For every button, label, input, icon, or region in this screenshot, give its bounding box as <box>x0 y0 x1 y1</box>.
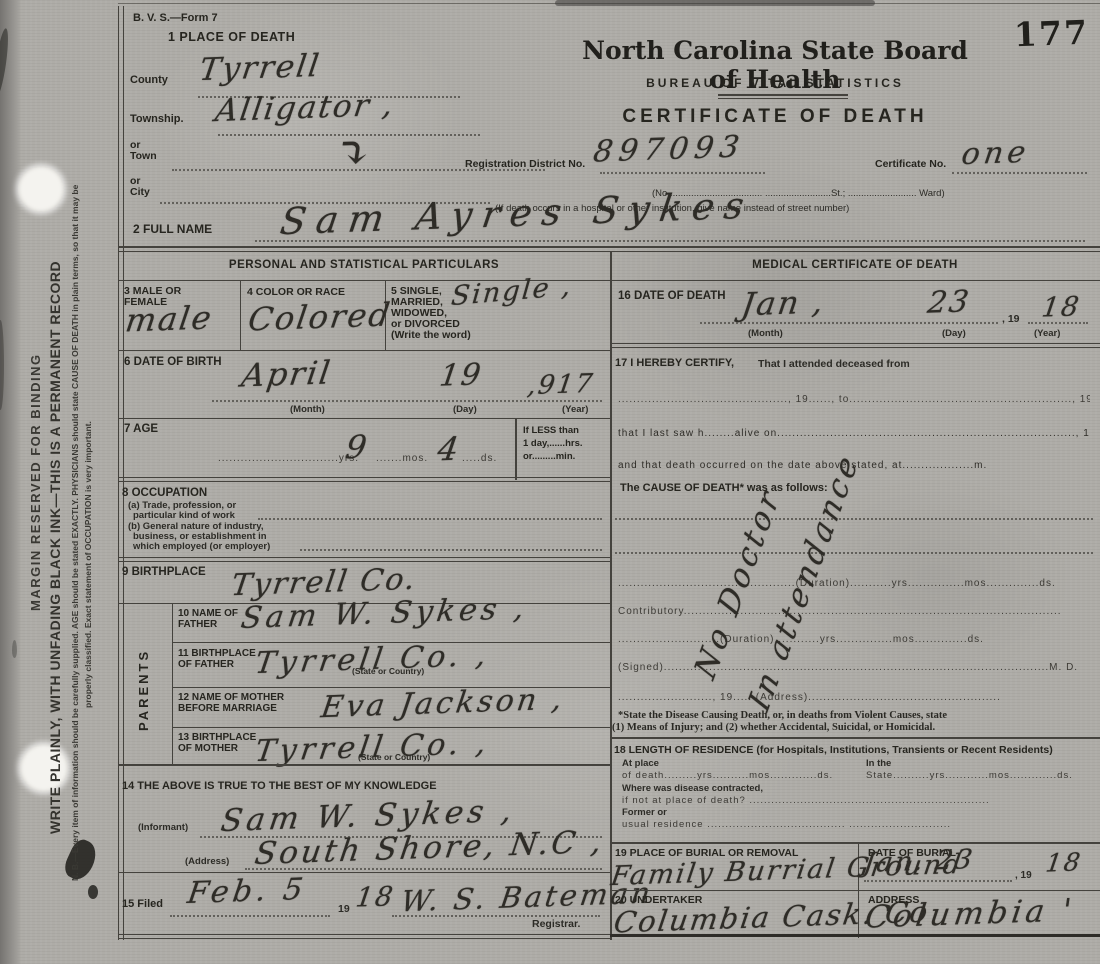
death-date-line <box>700 322 998 324</box>
informant-section-label: 14 THE ABOVE IS TRUE TO THE BEST OF MY K… <box>122 780 437 792</box>
informant-address-line <box>245 868 602 870</box>
filed-line2 <box>392 915 600 917</box>
at-place-label: At place <box>622 758 659 769</box>
death-year-caption: (Year) <box>1034 328 1060 339</box>
rule-row6 <box>118 418 610 419</box>
rule-row18 <box>610 842 1100 844</box>
age-months-value: 9 <box>343 428 371 467</box>
rule-row7a <box>118 477 610 478</box>
medical-section-header: MEDICAL CERTIFICATE OF DEATH <box>610 259 1100 271</box>
father-name-label: 10 NAME OF FATHER <box>178 608 238 630</box>
page-number: 177 <box>1013 13 1089 55</box>
rule-row15b <box>118 938 610 939</box>
certificate-no-value: one <box>959 135 1031 172</box>
dob-line <box>212 400 602 402</box>
race-label: 4 COLOR OR RACE <box>247 286 345 298</box>
personal-section-header: PERSONAL AND STATISTICAL PARTICULARS <box>118 259 610 271</box>
top-edge-smudge <box>555 0 875 6</box>
rule-row14 <box>118 872 610 873</box>
registration-district-label: Registration District No. <box>465 158 585 170</box>
occupation-a2: particular kind of work <box>133 510 235 521</box>
death-day-caption: (Day) <box>942 328 966 339</box>
certify-label-rest: That I attended deceased from <box>758 358 910 370</box>
age-less-than-label: If LESS than 1 day,......hrs. or........… <box>523 424 583 463</box>
rule-row8a <box>118 557 610 558</box>
marital-value: Single , <box>450 271 574 312</box>
dob-day-value: 19 <box>437 357 484 393</box>
disease-contracted-line: if not at place of death? ..............… <box>622 795 1092 806</box>
bureau-rule <box>718 94 848 96</box>
rule-row16a <box>610 343 1100 344</box>
rule-row20-thick <box>610 934 1100 937</box>
certify-line2: that I last saw h........alive on.......… <box>618 428 1090 439</box>
age-mos-caption: .......mos. <box>376 453 428 464</box>
form-border-outer <box>118 6 119 940</box>
margin-binding-note: MARGIN RESERVED FOR BINDING <box>28 325 43 640</box>
county-value: Tyrrell <box>197 48 323 88</box>
rule-row3 <box>118 350 610 351</box>
rule-row7b <box>118 481 610 482</box>
rule-row12 <box>172 727 610 728</box>
township-value: Alligator , <box>213 87 397 129</box>
state-country-caption-11: (State or Country) <box>352 666 424 676</box>
bureau-subtitle: BUREAU OF VITAL STATISTICS <box>580 76 970 90</box>
full-name-value: Sam Ayres Sykes <box>278 184 757 243</box>
father-birthplace-label: 11 BIRTHPLACE OF FATHER <box>178 648 256 670</box>
dob-day-caption: (Day) <box>453 404 477 415</box>
place-of-death-section-label: 1 PLACE OF DEATH <box>168 30 295 44</box>
length-of-residence-label: 18 LENGTH OF RESIDENCE (for Hospitals, I… <box>614 744 1053 756</box>
state-country-caption-13: (State or Country) <box>358 752 430 762</box>
mother-birthplace-label: 13 BIRTHPLACE OF MOTHER <box>178 732 256 754</box>
informant-address-caption: (Address) <box>185 856 229 867</box>
mother-name-label: 12 NAME OF MOTHER BEFORE MARRIAGE <box>178 692 284 714</box>
full-name-line <box>255 240 1085 242</box>
cause-line2 <box>615 552 1093 554</box>
rule-row19 <box>610 890 1100 891</box>
death-certificate-scan: MARGIN RESERVED FOR BINDING WRITE PLAINL… <box>0 0 1100 964</box>
age-label: 7 AGE <box>124 423 158 435</box>
burial-date-line <box>864 880 1012 882</box>
town-flourish: ​⤵ <box>331 127 377 179</box>
date-of-death-label: 16 DATE OF DEATH <box>618 290 726 302</box>
county-label: County <box>130 74 168 86</box>
margin-nb-note-line2: properly classified. Exact statement of … <box>83 330 93 800</box>
rule-row16b <box>610 347 1100 348</box>
signed-address-line: ........................., 19..... (Addr… <box>618 692 1093 703</box>
certify-line1: ........................................… <box>618 394 1090 405</box>
birthplace-label: 9 BIRTHPLACE <box>122 566 206 578</box>
in-the-label: In the <box>866 758 891 769</box>
disease-contracted-label: Where was disease contracted, <box>622 783 763 794</box>
cause-footnote-line2: (1) Means of Injury; and (2) whether Acc… <box>612 722 935 733</box>
cell-divider-3-4 <box>240 280 241 350</box>
undertaker-address-value: Columbia ' <box>863 892 1078 935</box>
certificate-no-label: Certificate No. <box>875 158 946 170</box>
certify-label-bold: 17 I HEREBY CERTIFY, <box>615 357 734 369</box>
dob-year-value: ,917 <box>526 369 596 401</box>
burial-19-printed: , 19 <box>1015 870 1032 881</box>
burial-year-value: 18 <box>1044 847 1084 877</box>
margin-write-plainly-note: WRITE PLAINLY, WITH UNFADING BLACK INK—T… <box>47 140 63 955</box>
dob-month-value: April <box>239 353 334 394</box>
city-label: or City <box>130 176 150 198</box>
filed-date-value: Feb. 5 <box>185 872 309 911</box>
dob-label: 6 DATE OF BIRTH <box>124 356 222 368</box>
cause-footnote-line1: *State the Disease Causing Death, or, in… <box>618 710 947 721</box>
ink-speck <box>88 885 98 899</box>
death-day-value: 23 <box>925 284 972 320</box>
sex-value: male <box>123 299 215 340</box>
occupation-label: 8 OCCUPATION <box>122 487 207 499</box>
registrar-caption: Registrar. <box>532 918 580 930</box>
occupation-a-line <box>258 518 602 520</box>
contributory-duration-line: ...........................(Duration)...… <box>618 634 1093 645</box>
registration-line <box>600 172 765 174</box>
former-residence-line: usual residence ........................… <box>622 819 1092 830</box>
occupation-b3: which employed (or employer) <box>133 541 270 552</box>
full-name-label: 2 FULL NAME <box>133 222 212 236</box>
death-19-printed: , 19 <box>1002 313 1020 325</box>
dob-month-caption: (Month) <box>290 404 325 415</box>
death-year-line <box>1028 322 1088 324</box>
informant-caption: (Informant) <box>138 822 188 833</box>
filed-label: 15 Filed <box>122 898 163 910</box>
rule-under-footnote <box>610 737 1100 739</box>
date-of-burial-value: Jan. 23 <box>862 844 977 879</box>
cause-line1 <box>615 518 1093 520</box>
filed-year-value: 18 <box>354 881 397 913</box>
column-divider <box>610 251 612 940</box>
rule-under-name2 <box>118 251 1100 252</box>
margin-nb-note-line1: N. B.—Every item of information should b… <box>70 105 80 960</box>
race-value: Colored <box>246 296 394 339</box>
filed-19-printed: 19 <box>338 903 350 915</box>
age-box-divider <box>515 418 517 480</box>
form-border-inner <box>123 6 124 940</box>
mother-name-value: Eva Jackson , <box>319 682 567 725</box>
rule-row8b <box>118 561 610 562</box>
scan-left-edge <box>0 0 22 964</box>
age-ds-caption: .....ds. <box>462 453 497 464</box>
ink-blot <box>61 836 101 883</box>
certificate-title: CERTIFICATE OF DEATH <box>580 106 970 128</box>
former-label: Former or <box>622 807 667 818</box>
state-line: State..........yrs............mos.......… <box>866 770 1094 781</box>
certificate-line <box>952 172 1087 174</box>
rule-row15a <box>118 934 610 935</box>
ink-speck <box>12 640 17 658</box>
death-year-value: 18 <box>1040 291 1083 323</box>
filed-line1 <box>170 915 330 917</box>
cause-duration-line: ........................................… <box>618 578 1093 589</box>
rule-under-headers <box>118 280 1100 281</box>
form-number-label: B. V. S.—Form 7 <box>133 12 218 24</box>
registration-district-value: 897093 <box>591 129 747 169</box>
town-label: or Town <box>130 140 157 162</box>
cause-of-death-label: The CAUSE OF DEATH* was as follows: <box>620 482 828 494</box>
death-month-caption: (Month) <box>748 328 783 339</box>
parents-label: PARENTS <box>136 630 151 750</box>
rule-row13 <box>118 764 610 766</box>
township-label: Township. <box>130 113 184 125</box>
mother-birthplace-value: Tyrrell Co. , <box>253 726 492 769</box>
dob-year-caption: (Year) <box>562 404 588 415</box>
age-yrs-caption: ................................yrs. <box>218 453 359 464</box>
rule-under-name <box>118 246 1100 248</box>
bureau-rule2 <box>718 98 848 99</box>
of-death-line: of death.........yrs..........mos.......… <box>622 770 852 781</box>
age-days-value: 4 <box>435 430 463 469</box>
occupation-b-line <box>300 549 602 551</box>
death-month-value: Jan , <box>739 283 828 324</box>
parents-cell-divider <box>172 603 173 764</box>
contributory-line: Contributory............................… <box>618 606 1093 617</box>
